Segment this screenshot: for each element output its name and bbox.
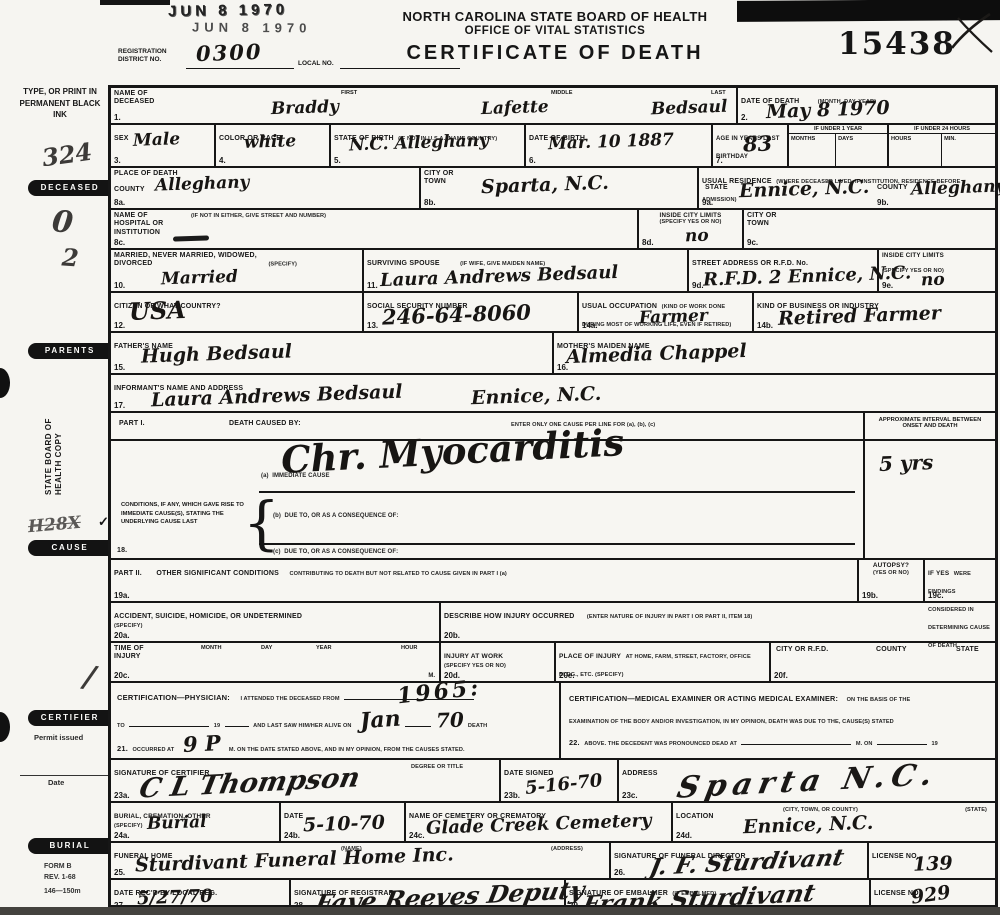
describe-num: 20b. [444, 631, 460, 640]
name-middle-colhead: MIDDLE [551, 90, 572, 96]
row-name: NAME OF DECEASED FIRST MIDDLE LAST 1. Br… [111, 88, 995, 125]
conditions-brace: { [243, 489, 280, 557]
icl1-value: no [685, 228, 709, 246]
tab-cause-label: CAUSE [51, 543, 88, 552]
under-24-hours-header: IF UNDER 24 HOURS [889, 125, 995, 134]
row-vitals: SEX 3. Male COLOR OR RACE 4. white STATE… [111, 125, 995, 168]
residence-county-num: 9b. [877, 198, 889, 207]
hospital-sublabel: (IF NOT IN EITHER, GIVE STREET AND NUMBE… [191, 213, 326, 220]
header-office: OFFICE OF VITAL STATISTICS [390, 25, 720, 37]
icl1-num: 8d. [642, 238, 654, 247]
marital-label: MARRIED, NEVER MARRIED, WIDOWED, DIVORCE… [114, 252, 264, 269]
tab-deceased-label: DECEASED [41, 183, 100, 192]
scribble-mark [173, 235, 209, 241]
field-funeral-home: FUNERAL HOME (NAME) (ADDRESS) 25. Sturdi… [111, 843, 611, 878]
funeral-home-sub-address: (ADDRESS) [551, 846, 583, 853]
field-burial-type: BURIAL, CREMATION, OTHER (SPECIFY) 24a. … [111, 803, 281, 841]
dob-value: Mar. 10 1887 [548, 132, 674, 153]
form-code-3: 146—150m [44, 887, 81, 898]
row-part2: PART II. OTHER SIGNIFICANT CONDITIONS CO… [111, 560, 995, 603]
field-cemetery-location: LOCATION (CITY, TOWN, OR COUNTY) (STATE)… [673, 803, 995, 841]
icl2-num: 9e. [882, 281, 893, 290]
marital-value: Married [161, 269, 238, 289]
residence-state-value: Ennice, N.C. [739, 178, 870, 202]
marital-num: 10. [114, 281, 125, 290]
part2-label: PART II. [114, 570, 142, 577]
field-state-of-birth: STATE OF BIRTH (IF NOT IN U.S.A., NAME C… [331, 125, 526, 166]
place-num: 20e. [559, 671, 575, 680]
ssn-num: 13. [367, 321, 378, 330]
field-informant: INFORMANT'S NAME AND ADDRESS 17. Laura A… [111, 375, 995, 411]
row-accident: ACCIDENT, SUICIDE, HOMICIDE, OR UNDETERM… [111, 603, 995, 643]
name-num: 1. [114, 113, 121, 122]
tab-deceased: DECEASED [28, 180, 112, 196]
cert-me-num: 22. [569, 738, 580, 747]
handwritten-h28x: H28X [27, 513, 81, 538]
dod-value: May 8 1970 [766, 99, 890, 122]
date-recd-value: 5/27/70 [137, 888, 213, 909]
field-accident-suicide: ACCIDENT, SUICIDE, HOMICIDE, OR UNDETERM… [111, 603, 441, 641]
license1-value: 139 [913, 854, 953, 874]
field-usual-residence: USUAL RESIDENCE (WHERE DECEASED LIVED, I… [699, 168, 995, 208]
cert-phys-t7: M. ON THE DATE STATED ABOVE, AND IN MY O… [229, 747, 465, 753]
injury-state-label: STATE [956, 646, 979, 654]
place-label: PLACE OF INJURY [559, 653, 621, 660]
field-marital-status: MARRIED, NEVER MARRIED, WIDOWED, DIVORCE… [111, 250, 364, 291]
field-age: AGE IN YEARS LAST BIRTHDAY 7. 83 [713, 125, 789, 166]
form-code-1: FORM B [44, 862, 81, 873]
director-num: 26. [614, 868, 625, 877]
location-num: 24d. [676, 831, 692, 840]
page-title: CERTIFICATE OF DEATH [390, 42, 720, 65]
header-board: NORTH CAROLINA STATE BOARD OF HEALTH [390, 9, 720, 24]
injury-city-num: 20f. [774, 671, 788, 680]
certification-medical-examiner: CERTIFICATION—MEDICAL EXAMINER OR ACTING… [561, 683, 995, 758]
work-sublabel: (SPECIFY YES OR NO) [444, 663, 551, 670]
hour-colhead: HOUR [401, 645, 417, 651]
date-line [20, 775, 108, 776]
field-occupation: USUAL OCCUPATION (KIND OF WORK DONE DURI… [579, 293, 754, 331]
cert-me-t1: ON THE BASIS OF THE [847, 697, 911, 703]
autopsy-num: 19b. [862, 591, 878, 600]
sob-value: N.C. Alleghany [349, 133, 489, 155]
tab-parents-label: PARENTS [45, 346, 95, 355]
race-value: white [244, 133, 297, 152]
cert-phys-label: CERTIFICATION—PHYSICIAN: [117, 693, 230, 702]
dob-num: 6. [529, 156, 536, 165]
certifier-sublabel: DEGREE OR TITLE [411, 764, 463, 771]
handwritten-2: 2 [61, 242, 80, 272]
cert-phys-t1: I ATTENDED THE DECEASED FROM [240, 696, 339, 702]
row-marital: MARRIED, NEVER MARRIED, WIDOWED, DIVORCE… [111, 250, 995, 293]
handwritten-324: 324 [40, 137, 94, 173]
registration-underline [186, 68, 294, 69]
tab-cause: CAUSE [28, 540, 112, 556]
field-date-of-birth: DATE OF BIRTH 6. Mar. 10 1887 [526, 125, 713, 166]
director-signature: J. F. Sturdivant [647, 844, 846, 881]
field-business: KIND OF BUSINESS OR INDUSTRY 14b. Retire… [754, 293, 995, 331]
sob-num: 5. [334, 156, 341, 165]
citizen-num: 12. [114, 321, 125, 330]
cert-me-label: CERTIFICATION—MEDICAL EXAMINER OR ACTING… [569, 694, 838, 703]
field-injury-at-work: INJURY AT WORK (SPECIFY YES OR NO) 20d. [441, 643, 556, 681]
autopsy-sublabel: (YES OR NO) [862, 570, 920, 577]
burial-date-label: DATE [284, 813, 303, 820]
burial-num: 24a. [114, 831, 130, 840]
field-sex: SEX 3. Male [111, 125, 216, 166]
line-a [259, 491, 855, 493]
c-tag: (c) [273, 549, 281, 555]
field-time-of-injury: TIME OF INJURY MONTH DAY YEAR HOUR 20c. … [111, 643, 441, 681]
date-stamp-ghost: JUN 8 1970 [192, 19, 312, 35]
tab-certifier-label: CERTIFIER [41, 713, 99, 722]
part1-caused-by: DEATH CAUSED BY: [229, 420, 301, 428]
time-of-injury-label: TIME OF INJURY [114, 645, 150, 662]
registration-district-label: REGISTRATION DISTRICT NO. [118, 48, 180, 65]
marital-sublabel: (SPECIFY) [268, 261, 297, 267]
registration-district-value: 0300 [196, 41, 263, 64]
tab-certifier: CERTIFIER [28, 710, 112, 726]
row-certification: CERTIFICATION—PHYSICIAN: I ATTENDED THE … [111, 683, 995, 760]
certificate-number: 15438 [838, 26, 956, 62]
field-citizen: CITIZEN OF WHAT COUNTRY? 12. USA [111, 293, 364, 331]
citizen-value: USA [129, 298, 187, 324]
due-to-c: (c) DUE TO, OR AS A CONSEQUENCE OF: [273, 549, 398, 556]
mother-value: Almedia Chappel [566, 342, 747, 367]
pod-city-value: Sparta, N.C. [481, 174, 609, 197]
describe-label: DESCRIBE HOW INJURY OCCURRED [444, 613, 574, 620]
field-residence-city: CITY OR TOWN 9c. [744, 210, 995, 248]
res-city-label: CITY OR TOWN [747, 212, 781, 229]
conditions-label: CONDITIONS, IF ANY, WHICH GAVE RISE TO I… [121, 501, 245, 527]
cert-phys-t3: 19 [214, 723, 220, 729]
field-father: FATHER'S NAME 15. Hugh Bedsaul [111, 333, 554, 373]
last-seen-month: Jan [359, 708, 401, 733]
describe-sublabel: (ENTER NATURE OF INJURY IN PART I OR PAR… [587, 614, 752, 620]
field-inside-city-limits-9e: INSIDE CITY LIMITS (SPECIFY YES OR NO) 9… [879, 250, 995, 291]
date-signed-value: 5-16-70 [524, 772, 603, 798]
res-city-num: 9c. [747, 238, 758, 247]
part1-label: PART I. [119, 420, 145, 428]
under-1-year-header: IF UNDER 1 YEAR [789, 125, 887, 134]
cert-phys-num: 21. [117, 744, 128, 753]
last-seen-year: 70 [435, 710, 464, 731]
age-days-label: DAYS [836, 134, 887, 166]
hospital-label: NAME OF HOSPITAL OR INSTITUTION [114, 212, 178, 237]
injury-city-label: CITY OR R.F.D. [776, 646, 828, 654]
interval-value: 5 yrs [879, 452, 934, 474]
name-last-value: Bedsaul [651, 99, 728, 119]
month-colhead: MONTH [201, 645, 222, 651]
funeral-home-num: 25. [114, 868, 125, 877]
field-date-signed: DATE SIGNED 23b. 5-16-70 [501, 760, 619, 801]
cemetery-num: 24c. [409, 831, 425, 840]
burial-date-value: 5-10-70 [303, 814, 385, 836]
form-code-2: REV. 1-68 [44, 873, 81, 884]
sex-num: 3. [114, 156, 121, 165]
location-value: Ennice, N.C. [743, 814, 874, 838]
handwritten-x-mark [946, 8, 998, 60]
row-injury-details: TIME OF INJURY MONTH DAY YEAR HOUR 20c. … [111, 643, 995, 683]
copy-label: STATE BOARD OF HEALTH COPY [44, 415, 64, 495]
accident-sublabel: (SPECIFY) [114, 623, 436, 630]
local-no-label: LOCAL NO. [298, 60, 334, 67]
m-suffix: M. [428, 673, 435, 679]
part2-sublabel: CONTRIBUTING TO DEATH BUT NOT RELATED TO… [289, 571, 506, 577]
part2-num: 19a. [114, 591, 130, 600]
name-first-colhead: FIRST [341, 90, 357, 96]
name-last-colhead: LAST [711, 90, 726, 96]
cause-interval-column: APPROXIMATE INTERVAL BETWEEN ONSET AND D… [865, 413, 995, 558]
icl1-label: INSIDE CITY LIMITS [642, 212, 739, 219]
burial-value: Burial [147, 814, 207, 833]
field-ssn: SOCIAL SECURITY NUMBER 13. 246-64-8060 [364, 293, 579, 331]
field-funeral-director: SIGNATURE OF FUNERAL DIRECTOR 26. J. F. … [611, 843, 869, 878]
occupation-num: 14a. [582, 321, 598, 330]
field-burial-date: DATE 24b. 5-10-70 [281, 803, 406, 841]
findings-label: IF YES [928, 570, 949, 577]
age-months-label: MONTHS [789, 134, 836, 166]
occupation-value: Farmer [639, 308, 708, 327]
handwritten-slash: / [82, 659, 98, 695]
death-certificate-scan: JUN 8 1970 JUN 8 1970 NORTH CAROLINA STA… [0, 0, 1000, 915]
spouse-num: 11. [367, 281, 378, 290]
scan-bottom-strip [0, 907, 1000, 915]
form-code: FORM B REV. 1-68 146—150m [44, 862, 81, 898]
tab-burial: BURIAL [28, 838, 112, 854]
cert-phys-t5: DEATH [468, 723, 487, 729]
field-date-of-death: DATE OF DEATH (MONTH, DAY, YEAR) 2. May … [738, 88, 995, 123]
icl1-sublabel: (SPECIFY YES OR NO) [642, 219, 739, 226]
cert-address-label: ADDRESS [622, 770, 658, 777]
field-describe-injury: DESCRIBE HOW INJURY OCCURRED (ENTER NATU… [441, 603, 995, 641]
cemetery-value: Glade Creek Cemetery [426, 812, 652, 838]
dod-num: 2. [741, 113, 748, 122]
sex-label: SEX [114, 135, 129, 142]
pod-city-label: CITY OR TOWN [424, 170, 458, 187]
row-funeral-home: FUNERAL HOME (NAME) (ADDRESS) 25. Sturdi… [111, 843, 995, 880]
row-cause-of-death: PART I. DEATH CAUSED BY: ENTER ONLY ONE … [111, 413, 995, 560]
time-num: 20c. [114, 671, 130, 680]
date-stamp: JUN 8 1970 [168, 1, 288, 20]
field-surviving-spouse: SURVIVING SPOUSE (IF WIFE, GIVE MAIDEN N… [364, 250, 689, 291]
cert-address-num: 23c. [622, 791, 638, 800]
autopsy-label: AUTOPSY? [862, 562, 920, 570]
date-signed-num: 23b. [504, 791, 520, 800]
scan-edge-mark [100, 0, 170, 5]
certifier-signature-value: C L Thompson [137, 762, 363, 804]
row-parents: FATHER'S NAME 15. Hugh Bedsaul MOTHER'S … [111, 333, 995, 375]
field-other-significant-conditions: PART II. OTHER SIGNIFICANT CONDITIONS CO… [111, 560, 859, 601]
print-note: TYPE, OR PRINT IN PERMANENT BLACK INK [14, 86, 106, 121]
line-b [259, 543, 855, 545]
business-value: Retired Farmer [778, 304, 941, 329]
cert-me-t3: ABOVE. THE DECEDENT WAS PRONOUNCED DEAD … [584, 741, 737, 747]
residence-county-value: Alleghany [911, 178, 1000, 198]
business-num: 14b. [757, 321, 773, 330]
cert-me-t5: 19 [931, 741, 937, 747]
spouse-label: SURVIVING SPOUSE [367, 260, 440, 267]
injury-county-label: COUNTY [876, 646, 907, 654]
cause-main: PART I. DEATH CAUSED BY: ENTER ONLY ONE … [111, 413, 865, 558]
field-findings: IF YES WERE FINDINGS CONSIDERED IN DETER… [925, 560, 995, 601]
informant-num: 17. [114, 401, 125, 410]
age-value: 83 [743, 132, 773, 154]
field-injury-city: CITY OR R.F.D. COUNTY STATE 20f. [771, 643, 995, 681]
residence-state-label: STATE [705, 184, 728, 192]
handwritten-0: 0 [50, 204, 74, 241]
b-tag: (b) [273, 513, 281, 519]
race-num: 4. [219, 156, 226, 165]
burial-date-num: 24b. [284, 831, 300, 840]
accident-num: 20a. [114, 631, 130, 640]
field-inside-city-limits-8d: INSIDE CITY LIMITS (SPECIFY YES OR NO) 8… [639, 210, 744, 248]
field-mother: MOTHER'S MAIDEN NAME 16. Almedia Chappel [554, 333, 995, 373]
field-color-or-race: COLOR OR RACE 4. white [216, 125, 331, 166]
license2-value: 929 [910, 883, 952, 907]
attended-from-value: 1965: [396, 677, 482, 708]
certification-physician: CERTIFICATION—PHYSICIAN: I ATTENDED THE … [111, 683, 561, 758]
row-burial: BURIAL, CREMATION, OTHER (SPECIFY) 24a. … [111, 803, 995, 843]
location-sublabel2: (STATE) [965, 807, 987, 814]
sex-value: Male [133, 131, 181, 150]
certificate-form: NAME OF DECEASED FIRST MIDDLE LAST 1. Br… [108, 85, 998, 908]
pod-city-num: 8b. [424, 198, 436, 207]
row-citizen: CITIZEN OF WHAT COUNTRY? 12. USA SOCIAL … [111, 293, 995, 333]
num-18: 18. [117, 547, 127, 555]
field-hospital: NAME OF HOSPITAL OR INSTITUTION (IF NOT … [111, 210, 639, 248]
field-certifier-address: ADDRESS 23c. Sparta N.C. [619, 760, 995, 801]
row-informant: INFORMANT'S NAME AND ADDRESS 17. Laura A… [111, 375, 995, 413]
residence-state-num: 9a. [702, 198, 713, 207]
cert-address-value: Sparta N.C. [674, 757, 941, 805]
cert-phys-t2: TO [117, 723, 125, 729]
cert-me-t4: M. ON [856, 741, 873, 747]
binder-mark-upper [0, 368, 10, 398]
row-place-of-death: PLACE OF DEATH COUNTY 8a. Alleghany CITY… [111, 168, 995, 210]
name-label: NAME OF DECEASED [114, 90, 174, 107]
part2-conditions-label: OTHER SIGNIFICANT CONDITIONS [156, 570, 279, 577]
cert-phys-t4: AND LAST SAW HIM/HER ALIVE ON [253, 723, 351, 729]
field-certifier-signature: SIGNATURE OF CERTIFIER DEGREE OR TITLE 2… [111, 760, 501, 801]
field-license-director: LICENSE NO. 139 [869, 843, 995, 878]
findings-num: 19c. [928, 591, 944, 600]
accident-label: ACCIDENT, SUICIDE, HOMICIDE, OR UNDETERM… [114, 613, 302, 620]
field-if-under-1-year: IF UNDER 1 YEAR MONTHS DAYS [789, 125, 889, 166]
a-tag: (a) [261, 473, 269, 479]
name-middle-value: Lafette [481, 99, 549, 118]
name-first-value: Braddy [271, 99, 340, 118]
father-value: Hugh Bedsaul [141, 342, 293, 366]
local-no-underline [340, 68, 460, 69]
date-line-label: Date [48, 778, 64, 787]
row-hospital: NAME OF HOSPITAL OR INSTITUTION (IF NOT … [111, 210, 995, 250]
pod-county-num: 8a. [114, 198, 125, 207]
ssn-value: 246-64-8060 [382, 301, 532, 327]
day-colhead: DAY [261, 645, 272, 651]
field-name-of-deceased: NAME OF DECEASED FIRST MIDDLE LAST 1. Br… [111, 88, 738, 123]
field-pod-city: CITY OR TOWN 8b. Sparta, N.C. [421, 168, 699, 208]
interval-header: APPROXIMATE INTERVAL BETWEEN ONSET AND D… [865, 413, 995, 441]
b-label: DUE TO, OR AS A CONSEQUENCE OF: [285, 513, 399, 519]
tab-parents: PARENTS [28, 343, 112, 359]
icl2-label: INSIDE CITY LIMITS [882, 252, 992, 259]
field-street-address: STREET ADDRESS OR R.F.D. No. 9d. R.F.D. … [689, 250, 879, 291]
pod-county-label: COUNTY [114, 186, 145, 193]
year-colhead: YEAR [316, 645, 332, 651]
field-place-of-injury: PLACE OF INJURY AT HOME, FARM, STREET, F… [556, 643, 771, 681]
binder-mark-lower [0, 712, 10, 742]
age-hours-label: HOURS [889, 134, 942, 166]
death-hour-value: 9 P [182, 732, 221, 755]
icl2-value: no [921, 272, 945, 290]
tab-burial-label: BURIAL [49, 841, 90, 850]
certifier-num: 23a. [114, 791, 130, 800]
residence-county-label: COUNTY [877, 184, 908, 192]
permit-issued-label: Permit issued [34, 733, 83, 742]
pod-county-value: Alleghany [155, 174, 250, 194]
age-min-label: MIN. [942, 134, 995, 166]
field-cemetery: NAME OF CEMETERY OR CREMATORY 24c. Glade… [406, 803, 673, 841]
funeral-home-value: Sturdivant Funeral Home Inc. [135, 845, 454, 875]
location-label: LOCATION [676, 813, 714, 820]
row-certifier-signature: SIGNATURE OF CERTIFIER DEGREE OR TITLE 2… [111, 760, 995, 803]
informant-address: Ennice, N.C. [471, 385, 602, 409]
work-label: INJURY AT WORK [444, 653, 503, 660]
due-to-b: (b) DUE TO, OR AS A CONSEQUENCE OF: [273, 513, 399, 520]
cert-me-t2: EXAMINATION OF THE BODY AND/OR INVESTIGA… [569, 719, 894, 725]
c-label: DUE TO, OR AS A CONSEQUENCE OF: [284, 549, 398, 555]
street-num: 9d. [692, 281, 704, 290]
age-num: 7. [716, 156, 723, 165]
hospital-num: 8c. [114, 238, 125, 247]
spouse-value: Laura Andrews Bedsaul [380, 264, 619, 290]
cert-phys-t6: OCCURRED AT [132, 747, 174, 753]
field-autopsy: AUTOPSY? (YES OR NO) 19b. [859, 560, 925, 601]
field-pod-county: PLACE OF DEATH COUNTY 8a. Alleghany [111, 168, 421, 208]
father-num: 15. [114, 363, 125, 372]
field-if-under-24-hours: IF UNDER 24 HOURS HOURS MIN. [889, 125, 995, 166]
